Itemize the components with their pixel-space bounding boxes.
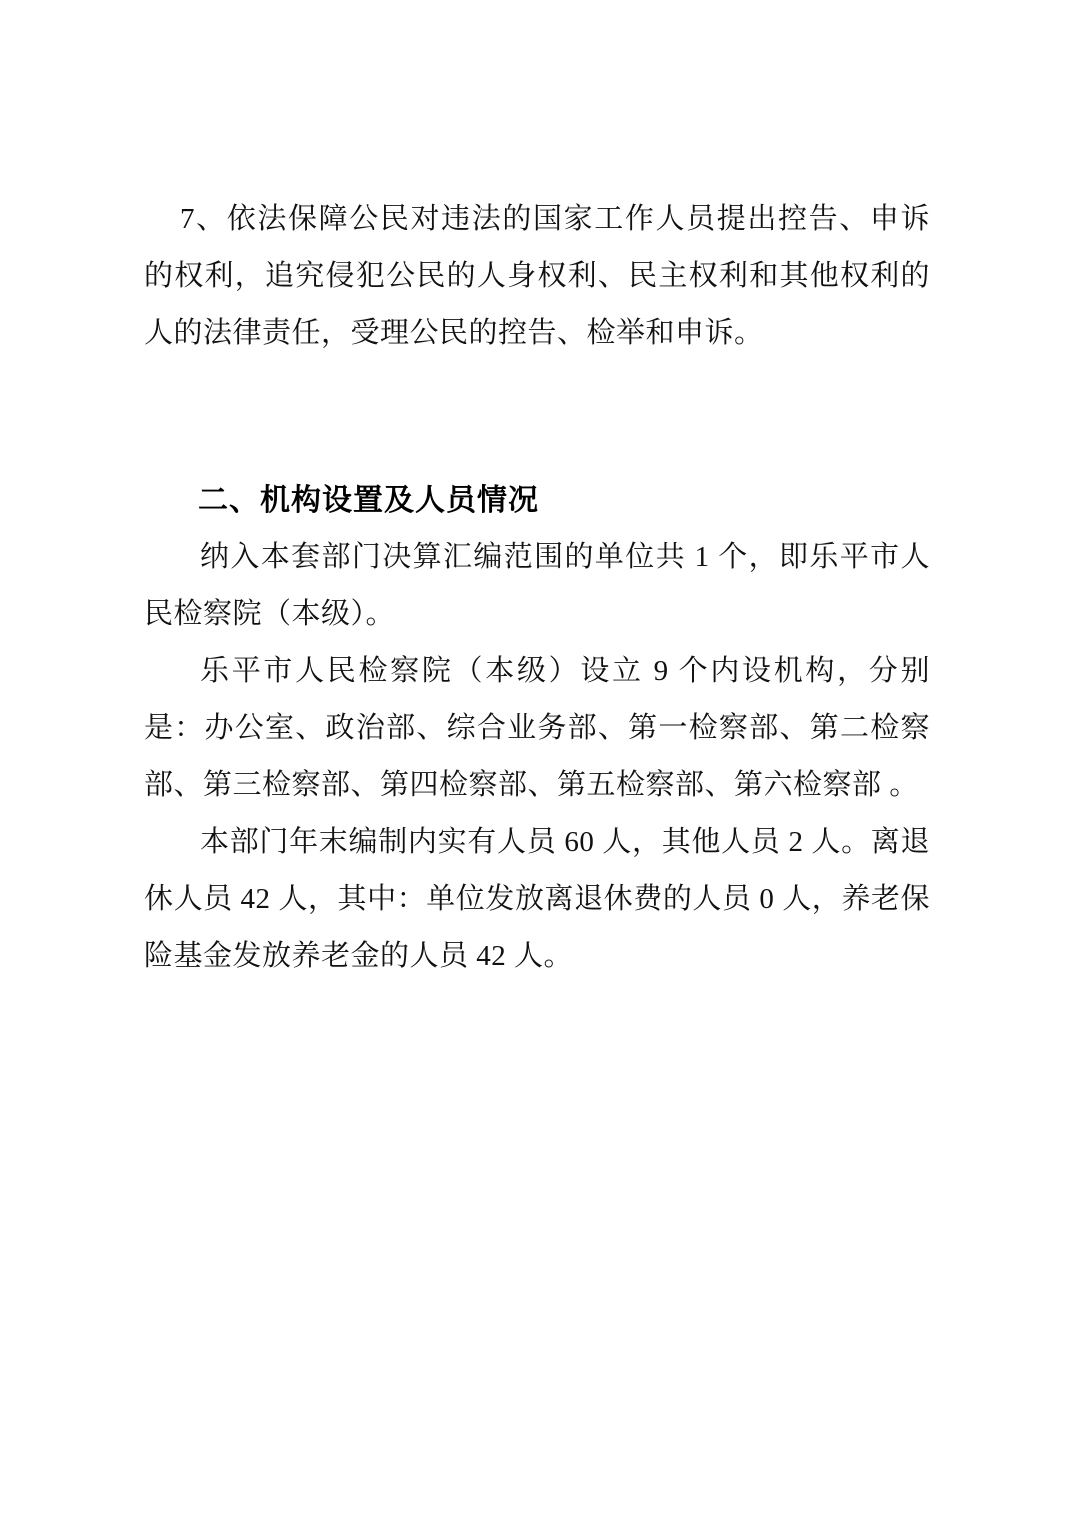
- paragraph-duty-item-7: 7、依法保障公民对违法的国家工作人员提出控告、申诉的权利，追究侵犯公民的人身权利…: [144, 191, 930, 362]
- section-heading-organization: 二、机构设置及人员情况: [144, 472, 930, 529]
- paragraph-staffing-numbers: 本部门年末编制内实有人员 60 人，其他人员 2 人。离退休人员 42 人，其中…: [144, 814, 930, 985]
- paragraph-consolidation-scope: 纳入本套部门决算汇编范围的单位共 1 个，即乐平市人民检察院（本级）。: [144, 529, 930, 643]
- document-page: 7、依法保障公民对违法的国家工作人员提出控告、申诉的权利，追究侵犯公民的人身权利…: [0, 0, 1074, 1520]
- document-content: 7、依法保障公民对违法的国家工作人员提出控告、申诉的权利，追究侵犯公民的人身权利…: [144, 0, 930, 985]
- paragraph-internal-departments: 乐平市人民检察院（本级）设立 9 个内设机构，分别是：办公室、政治部、综合业务部…: [144, 643, 930, 814]
